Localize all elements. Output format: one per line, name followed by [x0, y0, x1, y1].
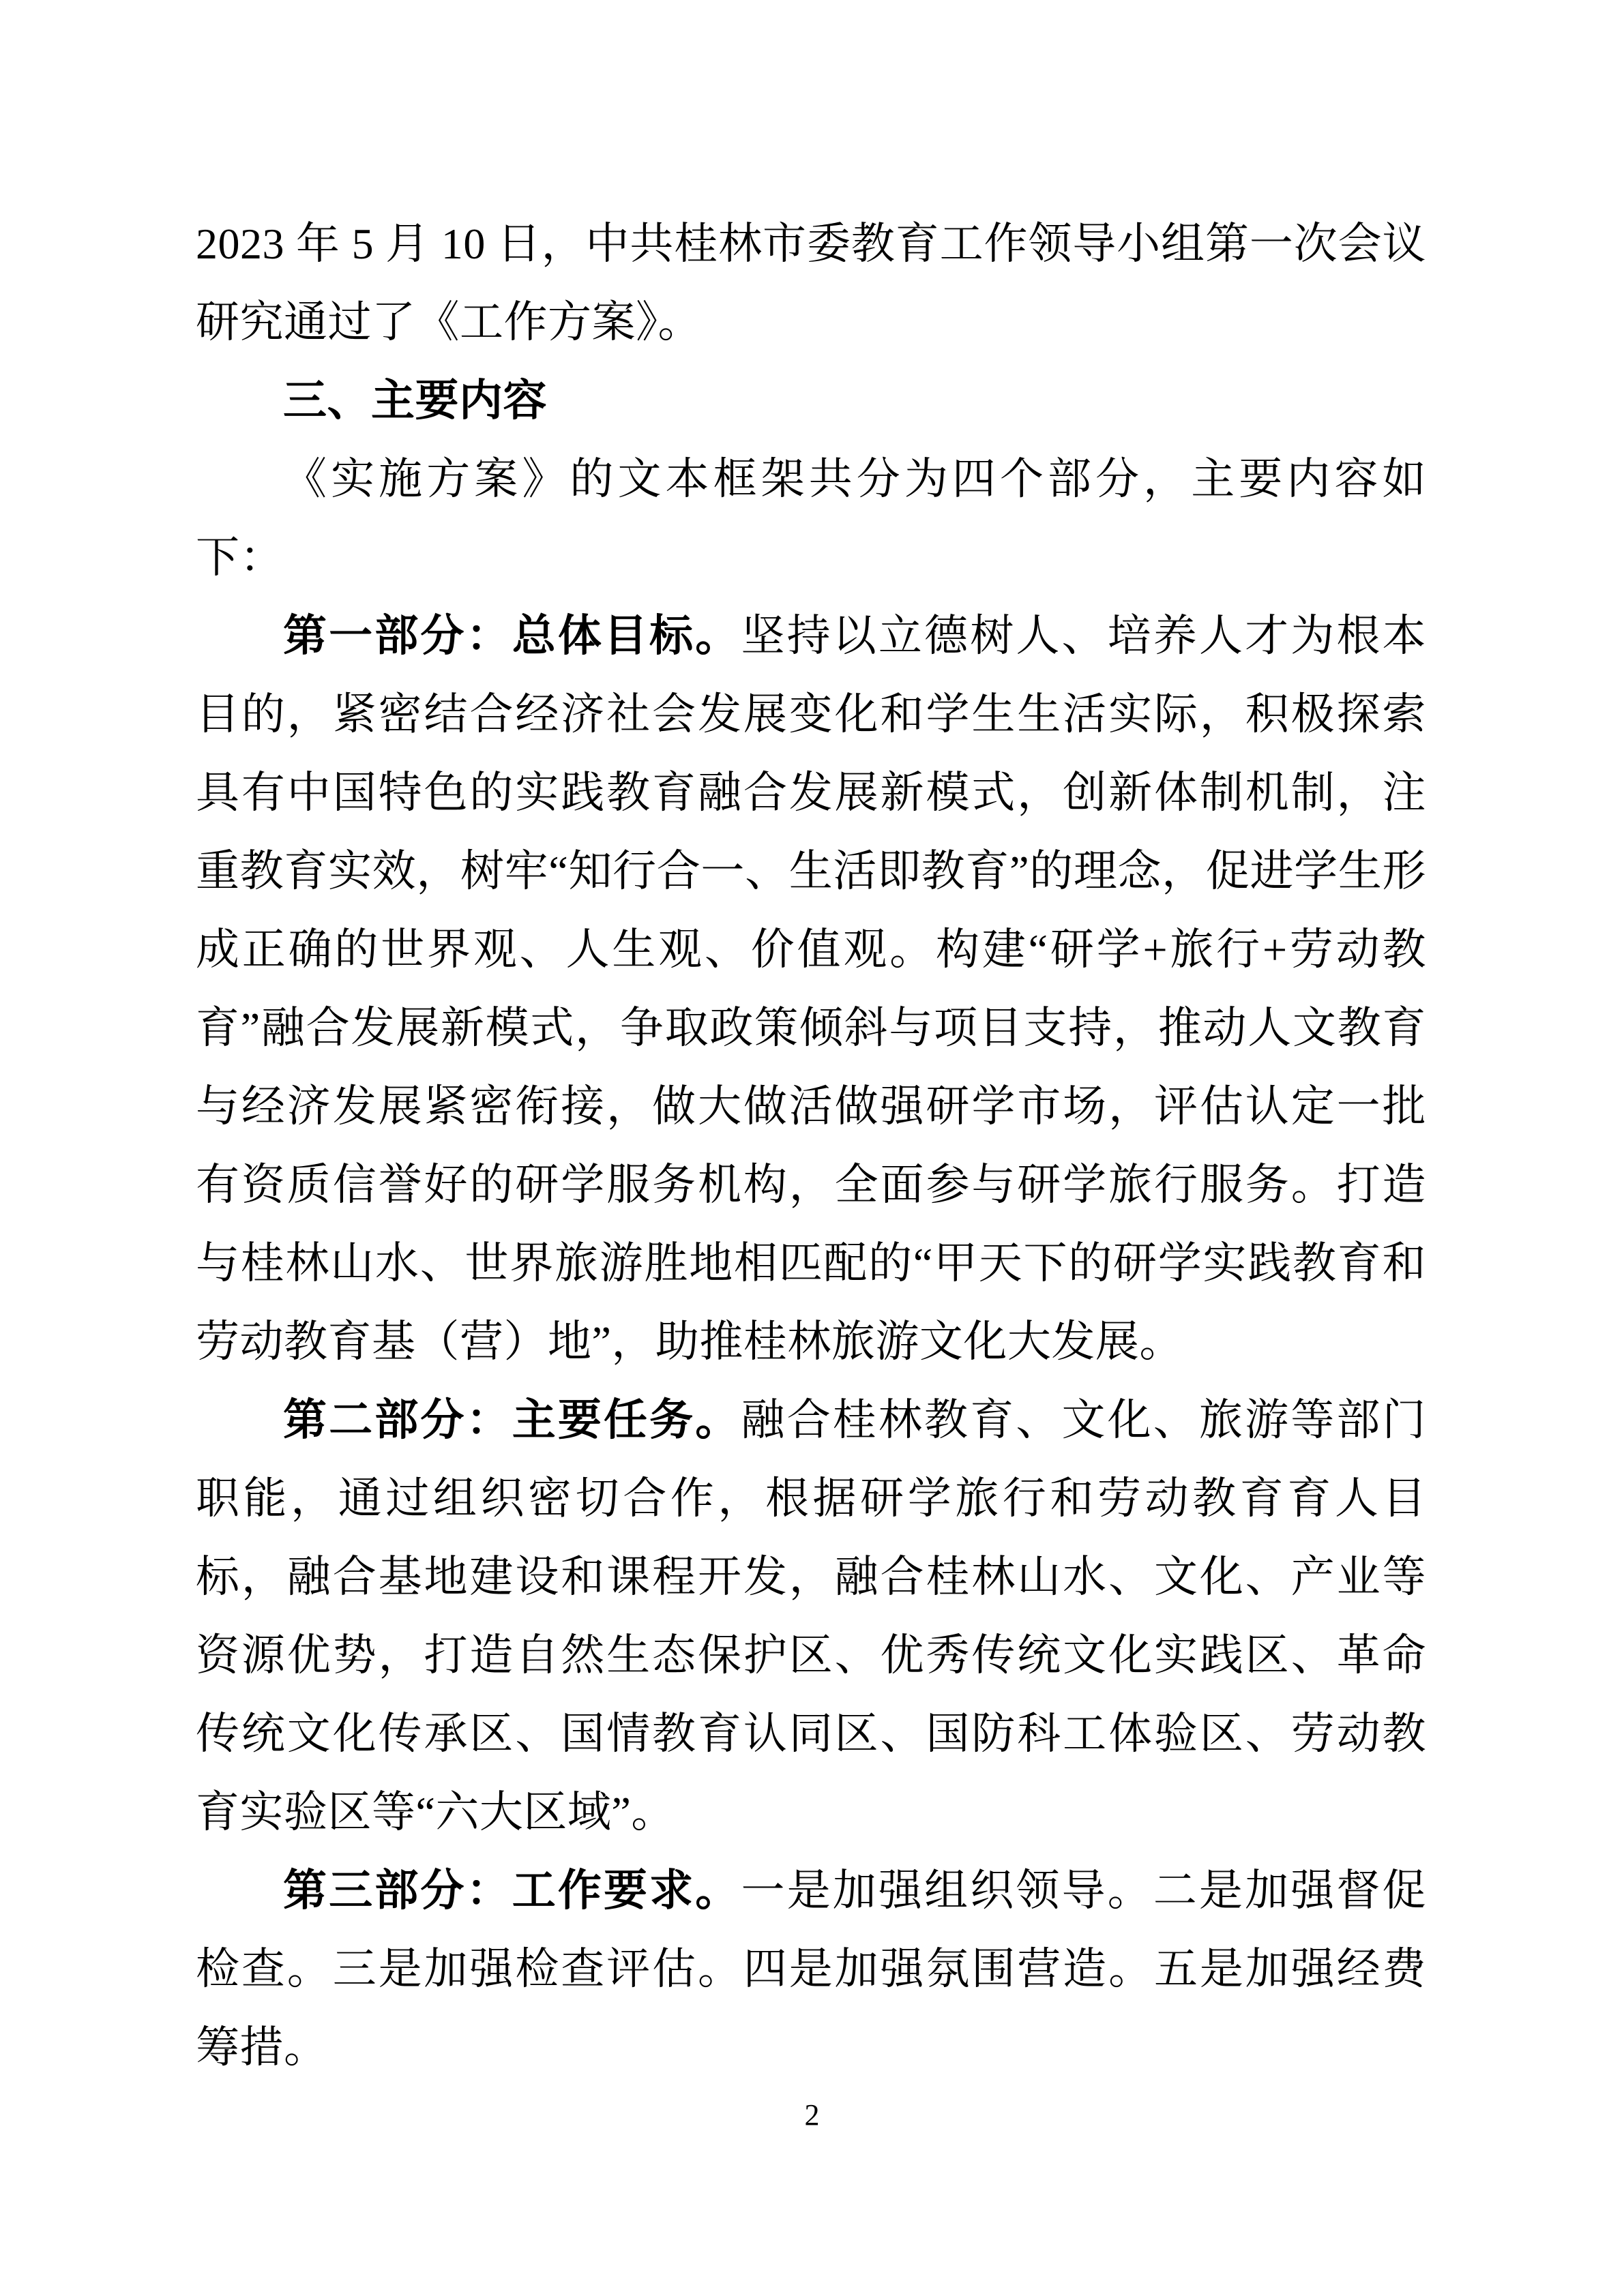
document-page: 2023 年 5 月 10 日，中共桂林市委教育工作领导小组第一次会议研究通过了…: [0, 0, 1624, 2296]
part1-body-text: 坚持以立德树人、培养人才为根本目的，紧密结合经济社会发展变化和学生生活实际，积极…: [196, 612, 1426, 1366]
paragraph-part2: 第二部分：主要任务。融合桂林教育、文化、旅游等部门职能，通过组织密切合作，根据研…: [196, 1381, 1426, 1851]
document-body: 2023 年 5 月 10 日，中共桂林市委教育工作领导小组第一次会议研究通过了…: [196, 205, 1426, 2087]
section-heading-main-content: 三、主要内容: [196, 361, 1426, 440]
part1-label: 第一部分：总体目标。: [283, 611, 741, 660]
part3-label: 第三部分：工作要求。: [283, 1866, 741, 1915]
paragraph-intro: 《实施方案》的文本框架共分为四个部分，主要内容如下：: [196, 440, 1426, 597]
paragraph-part3: 第三部分：工作要求。一是加强组织领导。二是加强督促检查。三是加强检查评估。四是加…: [196, 1851, 1426, 2087]
part2-body-text: 融合桂林教育、文化、旅游等部门职能，通过组织密切合作，根据研学旅行和劳动教育育人…: [196, 1396, 1426, 1836]
paragraph-part1: 第一部分：总体目标。坚持以立德树人、培养人才为根本目的，紧密结合经济社会发展变化…: [196, 597, 1426, 1381]
part2-label: 第二部分：主要任务。: [283, 1395, 741, 1444]
paragraph-continuation: 2023 年 5 月 10 日，中共桂林市委教育工作领导小组第一次会议研究通过了…: [196, 205, 1426, 361]
page-number: 2: [0, 2099, 1624, 2132]
